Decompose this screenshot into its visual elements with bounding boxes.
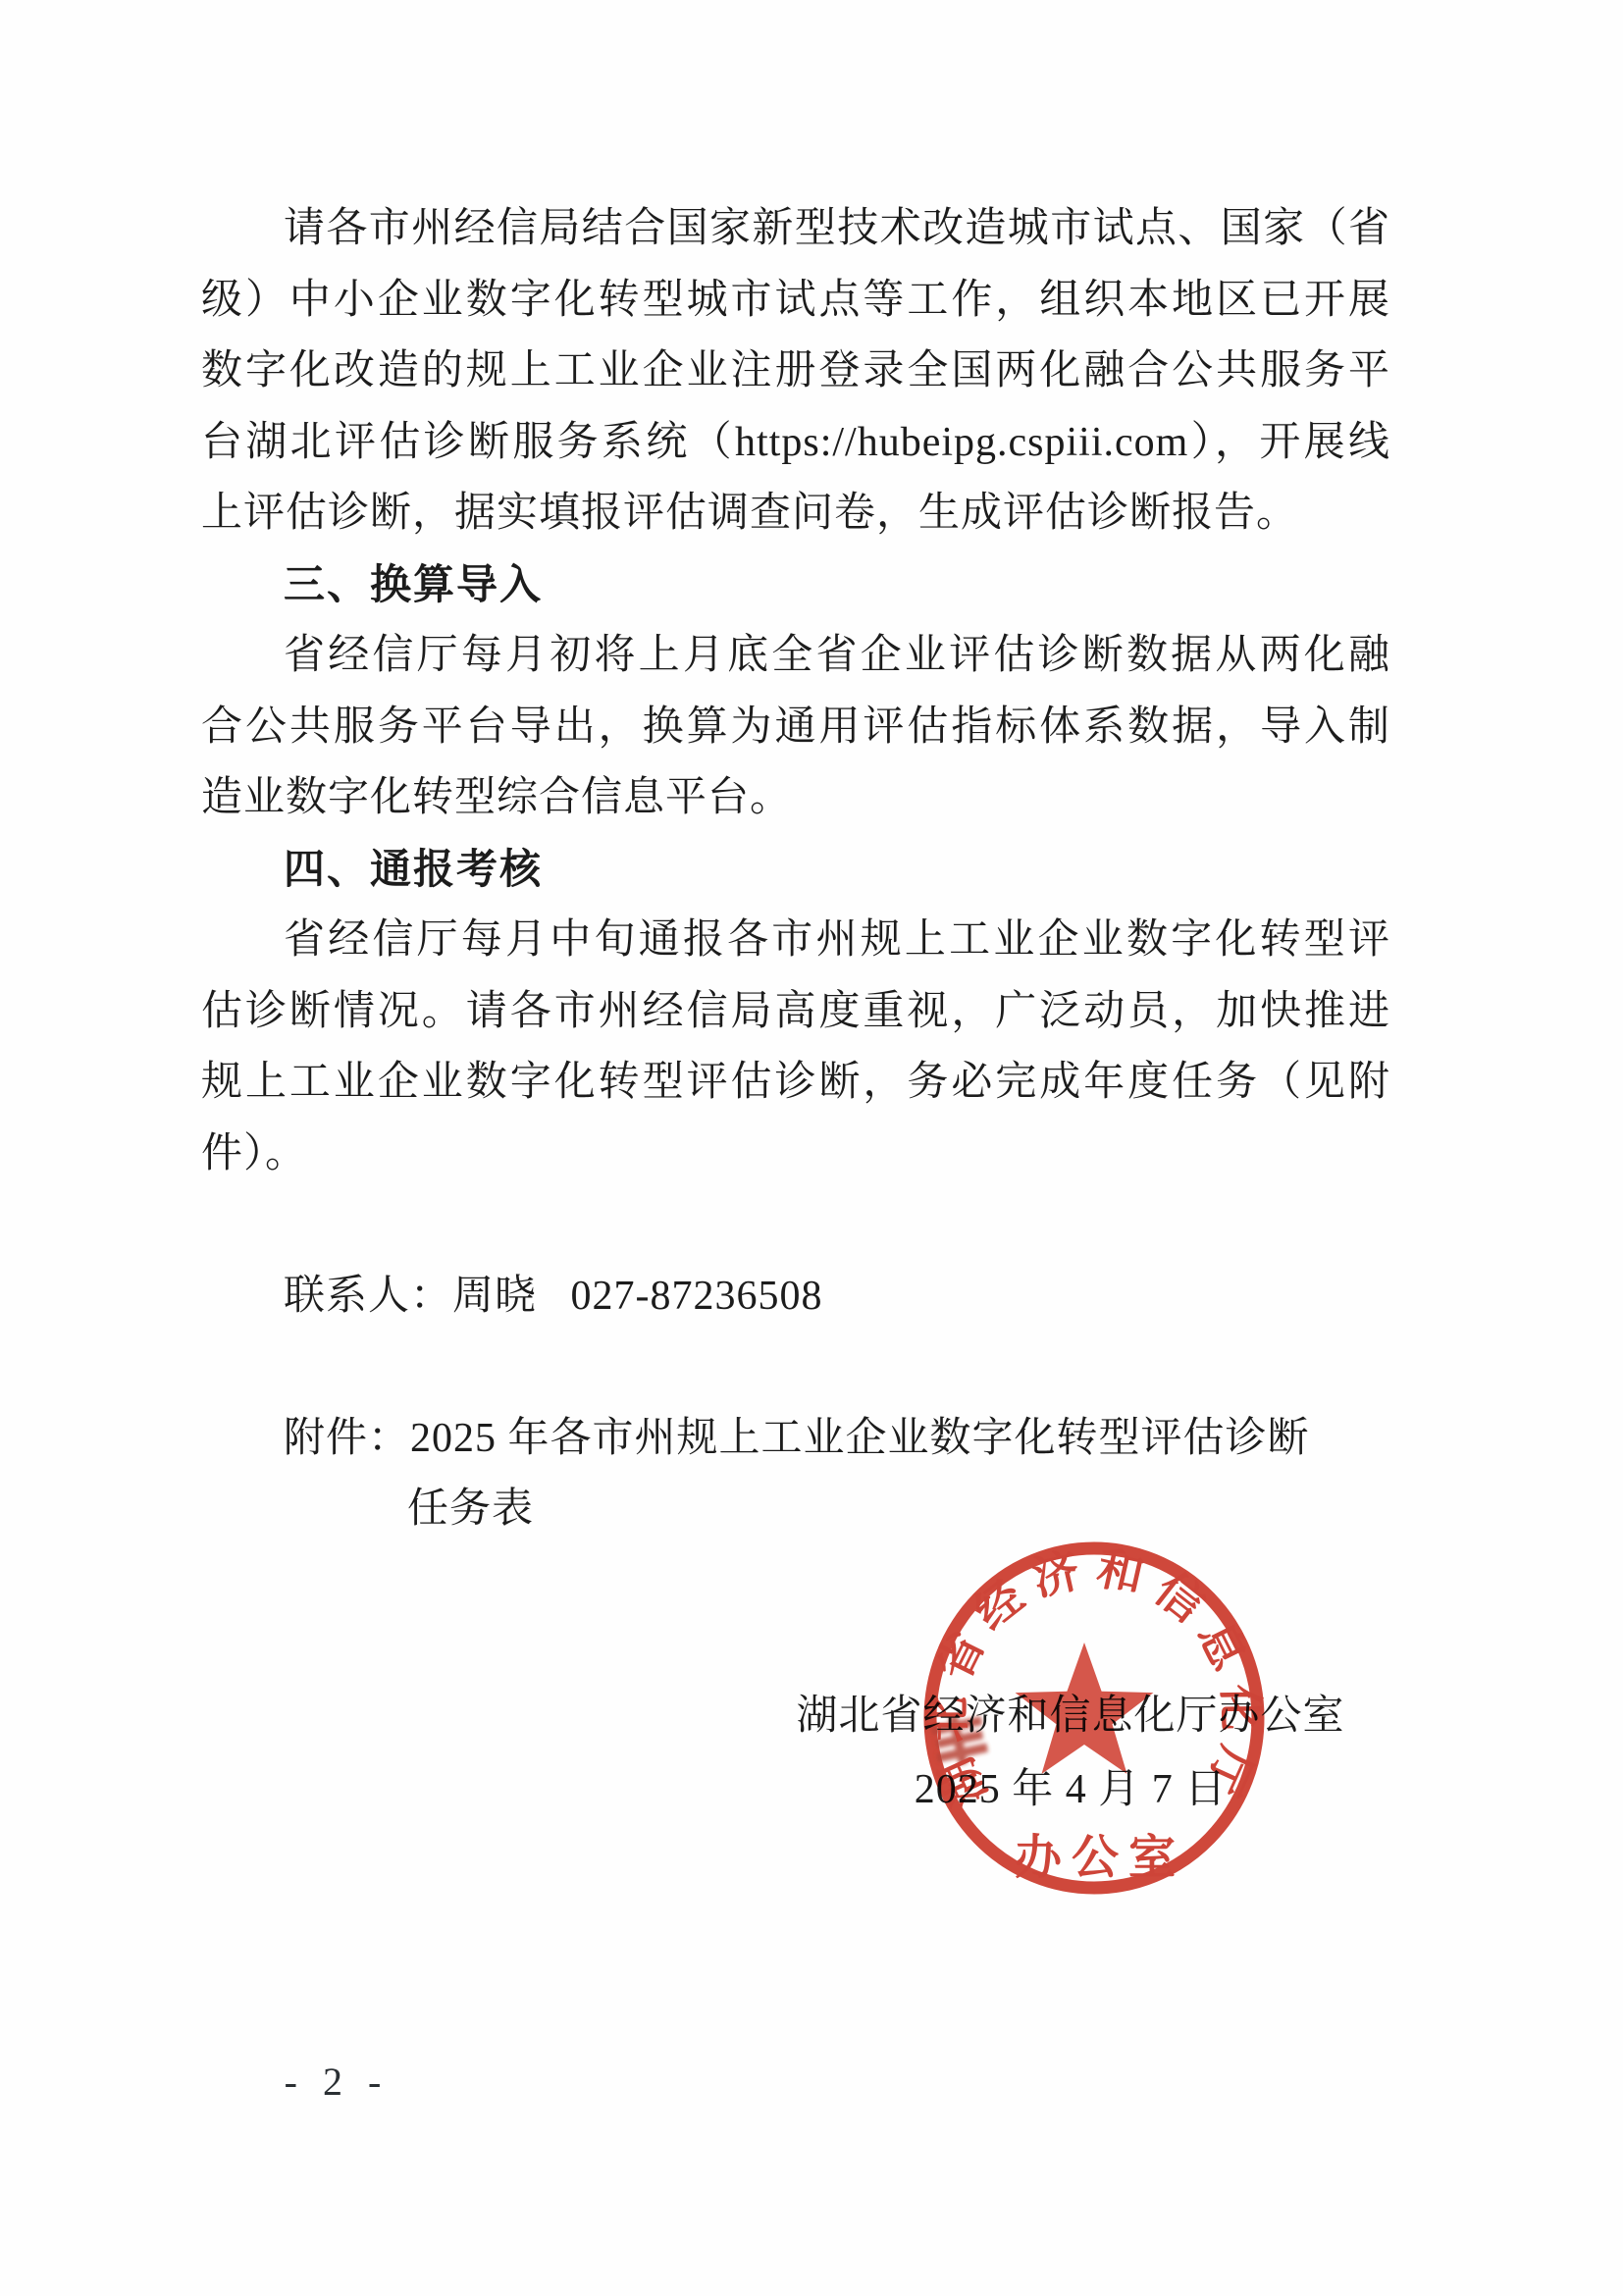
seal-bottom-text: 办公室 [1015, 1832, 1185, 1884]
paragraph4-line3: 规上工业企业数字化转型评估诊断，务必完成年度任务（见附 [201, 1047, 1390, 1119]
section4-heading: 四、通报考核 [201, 834, 1390, 906]
paragraph4-line2: 估诊断情况。请各市州经信局高度重视，广泛动员，加快推进 [201, 976, 1390, 1048]
paragraph3-line1: 省经信厅每月初将上月底全省企业评估诊断数据从两化融 [201, 620, 1390, 692]
blank-line [201, 1331, 1390, 1403]
blank-line [201, 1189, 1390, 1261]
section3-heading: 三、换算导入 [201, 549, 1390, 621]
document-body: 请各市州经信局结合国家新型技术改造城市试点、国家（省 级）中小企业数字化转型城市… [201, 193, 1390, 1545]
paragraph3-line3: 造业数字化转型综合信息平台。 [201, 762, 1390, 834]
paragraph1-line4: 台湖北评估诊断服务系统（https://hubeipg.cspiii.com），… [201, 407, 1390, 479]
paragraph1-line1: 请各市州经信局结合国家新型技术改造城市试点、国家（省 [201, 193, 1390, 265]
paragraph4-line1: 省经信厅每月中旬通报各市州规上工业企业数字化转型评 [201, 905, 1390, 976]
paragraph1-line3: 数字化改造的规上工业企业注册登录全国两化融合公共服务平 [201, 336, 1390, 407]
signature-block: 湖北省经济和信息化厅办公室 2025 年 4 月 7 日 [790, 1680, 1351, 1827]
paragraph1-line2: 级）中小企业数字化转型城市试点等工作，组织本地区已开展 [201, 265, 1390, 337]
paragraph4-line4: 件）。 [201, 1119, 1390, 1190]
paragraph3-line2: 合公共服务平台导出，换算为通用评估指标体系数据，导入制 [201, 692, 1390, 763]
attachment-line2: 任务表 [201, 1474, 1390, 1545]
contact-line: 联系人：周晓 027-87236508 [201, 1261, 1390, 1332]
document-page: 请各市州经信局结合国家新型技术改造城市试点、国家（省 级）中小企业数字化转型城市… [0, 0, 1623, 2296]
attachment-line1: 附件：2025 年各市州规上工业企业数字化转型评估诊断 [201, 1403, 1390, 1475]
signature-date: 2025 年 4 月 7 日 [790, 1753, 1351, 1827]
signature-org: 湖北省经济和信息化厅办公室 [790, 1680, 1351, 1753]
page-number: - 2 - [253, 2059, 420, 2106]
paragraph1-line5: 上评估诊断，据实填报评估调查问卷，生成评估诊断报告。 [201, 478, 1390, 549]
